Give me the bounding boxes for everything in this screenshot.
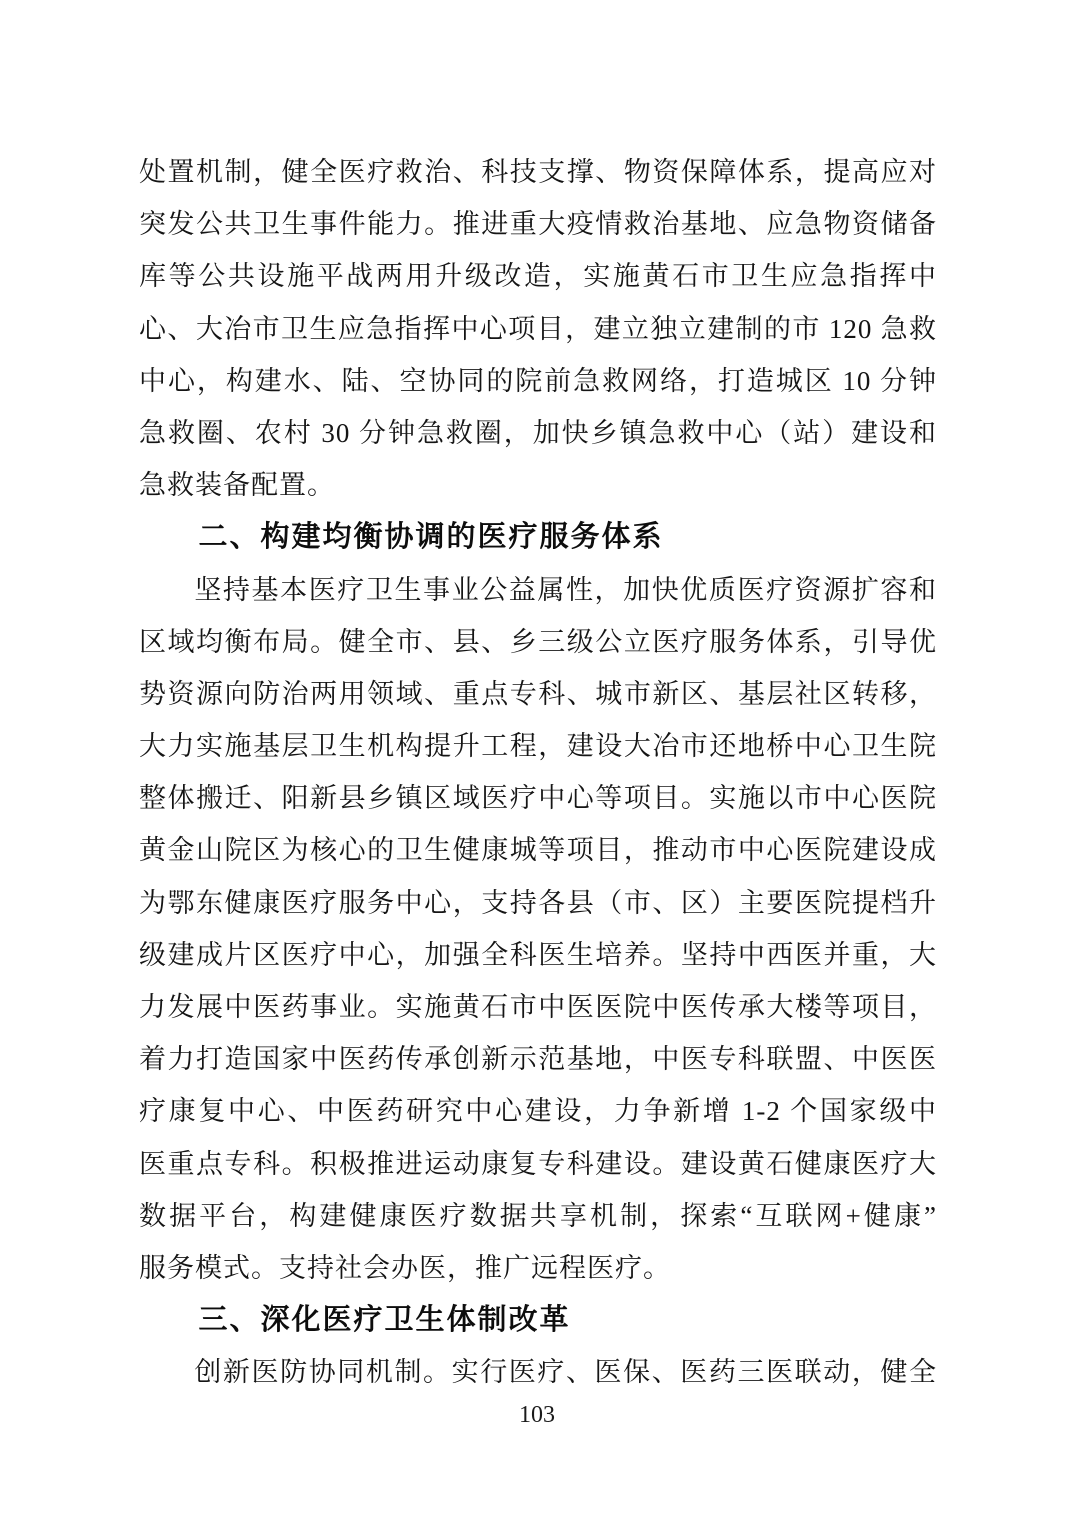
text-line: 急救圈、农村 30 分钟急救圈，加快乡镇急救中心（站）建设和 <box>139 407 937 459</box>
section-heading: 二、构建均衡协调的医疗服务体系 <box>139 511 937 563</box>
text-line: 整体搬迁、阳新县乡镇区域医疗中心等项目。实施以市中心医院 <box>139 772 937 824</box>
document-content: 处置机制，健全医疗救治、科技支撑、物资保障体系，提高应对突发公共卫生事件能力。推… <box>139 146 937 1399</box>
text-line: 医重点专科。积极推进运动康复专科建设。建设黄石健康医疗大 <box>139 1138 937 1190</box>
text-line: 创新医防协同机制。实行医疗、医保、医药三医联动，健全 <box>139 1346 937 1398</box>
document-page: 处置机制，健全医疗救治、科技支撑、物资保障体系，提高应对突发公共卫生事件能力。推… <box>0 0 1074 1520</box>
text-line: 势资源向防治两用领域、重点专科、城市新区、基层社区转移， <box>139 668 937 720</box>
text-line: 为鄂东健康医疗服务中心，支持各县（市、区）主要医院提档升 <box>139 877 937 929</box>
text-line: 疗康复中心、中医药研究中心建设，力争新增 1-2 个国家级中 <box>139 1085 937 1137</box>
text-line: 级建成片区医疗中心，加强全科医生培养。坚持中西医并重，大 <box>139 929 937 981</box>
page-number: 103 <box>0 1402 1074 1429</box>
text-line: 库等公共设施平战两用升级改造，实施黄石市卫生应急指挥中 <box>139 250 937 302</box>
text-line: 区域均衡布局。健全市、县、乡三级公立医疗服务体系，引导优 <box>139 616 937 668</box>
text-line: 服务模式。支持社会办医，推广远程医疗。 <box>139 1242 937 1294</box>
text-line: 力发展中医药事业。实施黄石市中医医院中医传承大楼等项目， <box>139 981 937 1033</box>
text-line: 黄金山院区为核心的卫生健康城等项目，推动市中心医院建设成 <box>139 824 937 876</box>
text-line: 急救装备配置。 <box>139 459 937 511</box>
text-line: 数据平台，构建健康医疗数据共享机制，探索“互联网+健康” <box>139 1190 937 1242</box>
text-line: 突发公共卫生事件能力。推进重大疫情救治基地、应急物资储备 <box>139 198 937 250</box>
text-line: 心、大冶市卫生应急指挥中心项目，建立独立建制的市 120 急救 <box>139 303 937 355</box>
text-line: 大力实施基层卫生机构提升工程，建设大冶市还地桥中心卫生院 <box>139 720 937 772</box>
section-heading: 三、深化医疗卫生体制改革 <box>139 1294 937 1346</box>
text-line: 坚持基本医疗卫生事业公益属性，加快优质医疗资源扩容和 <box>139 564 937 616</box>
text-line: 处置机制，健全医疗救治、科技支撑、物资保障体系，提高应对 <box>139 146 937 198</box>
text-line: 着力打造国家中医药传承创新示范基地，中医专科联盟、中医医 <box>139 1033 937 1085</box>
text-line: 中心，构建水、陆、空协同的院前急救网络，打造城区 10 分钟 <box>139 355 937 407</box>
